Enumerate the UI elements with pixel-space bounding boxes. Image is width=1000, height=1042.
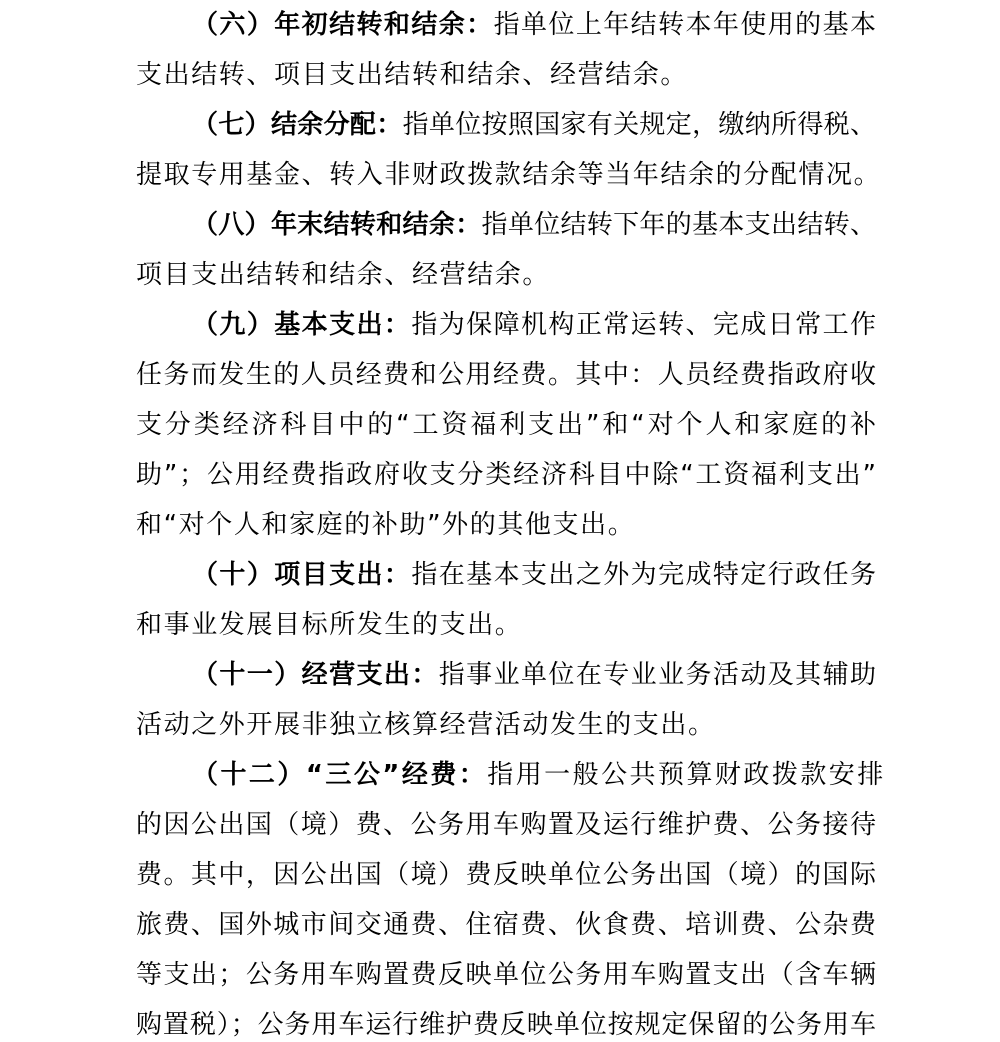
paragraph-line: 的因公出国（境）费、公务用车购置及运行维护费、公务接待 <box>136 800 876 850</box>
paragraph-line: 支分类经济科目中的“工资福利支出”和“对个人和家庭的补 <box>136 400 876 450</box>
paragraph-text: 指事业单位在专业业务活动及其辅助 <box>439 660 878 690</box>
paragraph-line: 助”；公用经费指政府收支分类经济科目中除“工资福利支出” <box>136 450 876 500</box>
paragraph-line: 活动之外开展非独立核算经营活动发生的支出。 <box>136 700 876 750</box>
paragraph-line: 支出结转、项目支出结转和结余、经营结余。 <box>136 50 876 100</box>
paragraph-term: （十）项目支出： <box>192 560 411 590</box>
paragraph-text: 指单位上年结转本年使用的基本 <box>494 10 878 40</box>
paragraph-term: （六）年初结转和结余： <box>192 10 494 40</box>
paragraph-line: （十一）经营支出：指事业单位在专业业务活动及其辅助 <box>192 650 876 700</box>
paragraph-line: 费。其中，因公出国（境）费反映单位公务出国（境）的国际 <box>136 850 876 900</box>
paragraph-term: （十二）“三公”经费： <box>192 760 487 790</box>
paragraph-line: 等支出；公务用车购置费反映单位公务用车购置支出（含车辆 <box>136 950 876 1000</box>
paragraph-line: 旅费、国外城市间交通费、住宿费、伙食费、培训费、公杂费 <box>136 900 876 950</box>
paragraph-text: 指单位结转下年的基本支出结转、 <box>482 210 877 240</box>
paragraph-term: （十一）经营支出： <box>192 660 439 690</box>
paragraph-line: 和事业发展目标所发生的支出。 <box>136 600 876 650</box>
paragraph-text: 指单位按照国家有关规定，缴纳所得税、 <box>403 110 877 140</box>
paragraph-line: 和“对个人和家庭的补助”外的其他支出。 <box>136 500 876 550</box>
paragraph-line: （十二）“三公”经费：指用一般公共预算财政拨款安排 <box>192 750 876 800</box>
paragraph-text: 指为保障机构正常运转、完成日常工作 <box>411 310 877 340</box>
paragraph-line: （七）结余分配：指单位按照国家有关规定，缴纳所得税、 <box>192 100 876 150</box>
paragraph-line: 项目支出结转和结余、经营结余。 <box>136 250 876 300</box>
paragraph-term: （八）年末结转和结余： <box>192 210 482 240</box>
paragraph-line: 提取专用基金、转入非财政拨款结余等当年结余的分配情况。 <box>136 150 876 200</box>
paragraph-line: 购置税）；公务用车运行维护费反映单位按规定保留的公务用车 <box>136 1000 876 1042</box>
paragraph-line: （六）年初结转和结余：指单位上年结转本年使用的基本 <box>192 0 876 50</box>
paragraph-line: 任务而发生的人员经费和公用经费。其中：人员经费指政府收 <box>136 350 876 400</box>
paragraph-line: （八）年末结转和结余：指单位结转下年的基本支出结转、 <box>192 200 876 250</box>
paragraph-text: 指在基本支出之外为完成特定行政任务 <box>411 560 877 590</box>
paragraph-line: （十）项目支出：指在基本支出之外为完成特定行政任务 <box>192 550 876 600</box>
paragraph-term: （七）结余分配： <box>192 110 403 140</box>
paragraph-term: （九）基本支出： <box>192 310 411 340</box>
paragraph-line: （九）基本支出：指为保障机构正常运转、完成日常工作 <box>192 300 876 350</box>
paragraph-text: 指用一般公共预算财政拨款安排 <box>487 760 885 790</box>
